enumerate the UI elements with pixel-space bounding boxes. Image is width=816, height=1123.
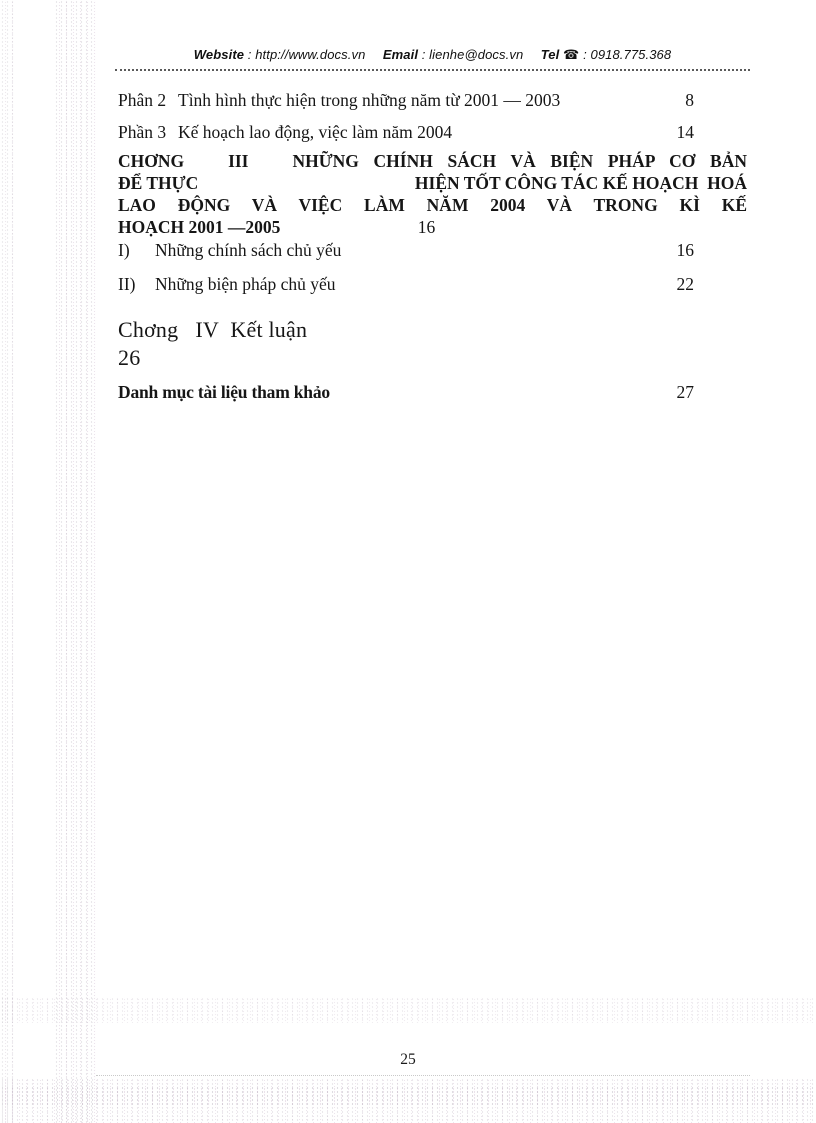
toc-entry-item1: I) Những chính sách chủ yếu 16 [118, 239, 747, 261]
toc-entry-label: Phân 2 [118, 89, 178, 111]
chapter3-line4: HOẠCH 2001 —2005 16 [118, 216, 747, 238]
toc-chapter3-heading: CHƠNG III NHỮNG CHÍNH SÁCH VÀ BIỆN PHÁP … [118, 150, 747, 238]
footer-dotted-line [96, 1075, 750, 1076]
tel-value: : 0918.775.368 [583, 47, 671, 62]
chapter3-line4-text: HOẠCH 2001 —2005 [118, 217, 280, 237]
toc-entry-part3: Phần 3 Kế hoạch lao động, việc làm năm 2… [118, 121, 747, 143]
toc-entry-label: I) [118, 239, 155, 261]
website-label: Website [194, 47, 244, 62]
chapter3-line2: ĐỂ THỰC HIỆN TỐT CÔNG TÁC KẾ HOẠCH HOÁ [118, 172, 747, 194]
toc-entry-title: Kế hoạch lao động, việc làm năm 2004 [178, 121, 677, 143]
toc-chapter4-heading: Chơng IV Kết luận 26 [118, 316, 747, 372]
scan-noise-band-bottom1 [0, 997, 816, 1023]
email-label: Email [383, 47, 418, 62]
page-header: Website : http://www.docs.vn Email : lie… [118, 46, 747, 64]
scan-noise-band-bottom3 [0, 1086, 816, 1106]
toc-entry-title: Những biện pháp chủ yếu [155, 273, 677, 295]
toc-entry-title: Tình hình thực hiện trong những năm từ 2… [178, 89, 685, 111]
website-value: : http://www.docs.vn [248, 47, 366, 62]
toc-entry-page: 22 [677, 273, 695, 295]
email-value: : lienhe@docs.vn [422, 47, 524, 62]
scan-noise-band-bottom2 [0, 1078, 816, 1123]
toc-entry-label: II) [118, 273, 155, 295]
header-divider [115, 69, 750, 71]
chapter4-page: 26 [118, 344, 747, 372]
document-page: Website : http://www.docs.vn Email : lie… [0, 0, 816, 1123]
page-content: Website : http://www.docs.vn Email : lie… [118, 46, 747, 403]
toc-entry-title: Danh mục tài liệu tham khảo [118, 381, 677, 403]
chapter4-title: Chơng IV Kết luận [118, 316, 747, 344]
chapter3-line2-left: ĐỂ THỰC [118, 172, 198, 194]
chapter3-line1: CHƠNG III NHỮNG CHÍNH SÁCH VÀ BIỆN PHÁP … [118, 150, 747, 172]
toc-entry-label: Phần 3 [118, 121, 178, 143]
toc-entry-item2: II) Những biện pháp chủ yếu 22 [118, 273, 747, 295]
toc-entry-page: 16 [677, 239, 695, 261]
chapter3-line3: LAO ĐỘNG VÀ VIỆC LÀM NĂM 2004 VÀ TRONG K… [118, 194, 747, 216]
phone-icon: ☎ [563, 47, 579, 62]
toc-entry-page: 27 [677, 381, 695, 403]
toc-entry-title: Những chính sách chủ yếu [155, 239, 677, 261]
toc-entry-page: 8 [685, 89, 694, 111]
page-number: 25 [0, 1049, 816, 1071]
toc-entry-part2: Phân 2 Tình hình thực hiện trong những n… [118, 89, 747, 111]
tel-label: Tel [541, 47, 560, 62]
toc-entry-page: 16 [418, 217, 436, 237]
chapter3-line2-right: HIỆN TỐT CÔNG TÁC KẾ HOẠCH HOÁ [415, 172, 747, 194]
scan-noise-stripe-left2 [54, 0, 96, 1123]
scan-noise-stripe-left [0, 0, 16, 1123]
toc-entry-page: 14 [677, 121, 695, 143]
toc-entry-references: Danh mục tài liệu tham khảo 27 [118, 381, 747, 403]
